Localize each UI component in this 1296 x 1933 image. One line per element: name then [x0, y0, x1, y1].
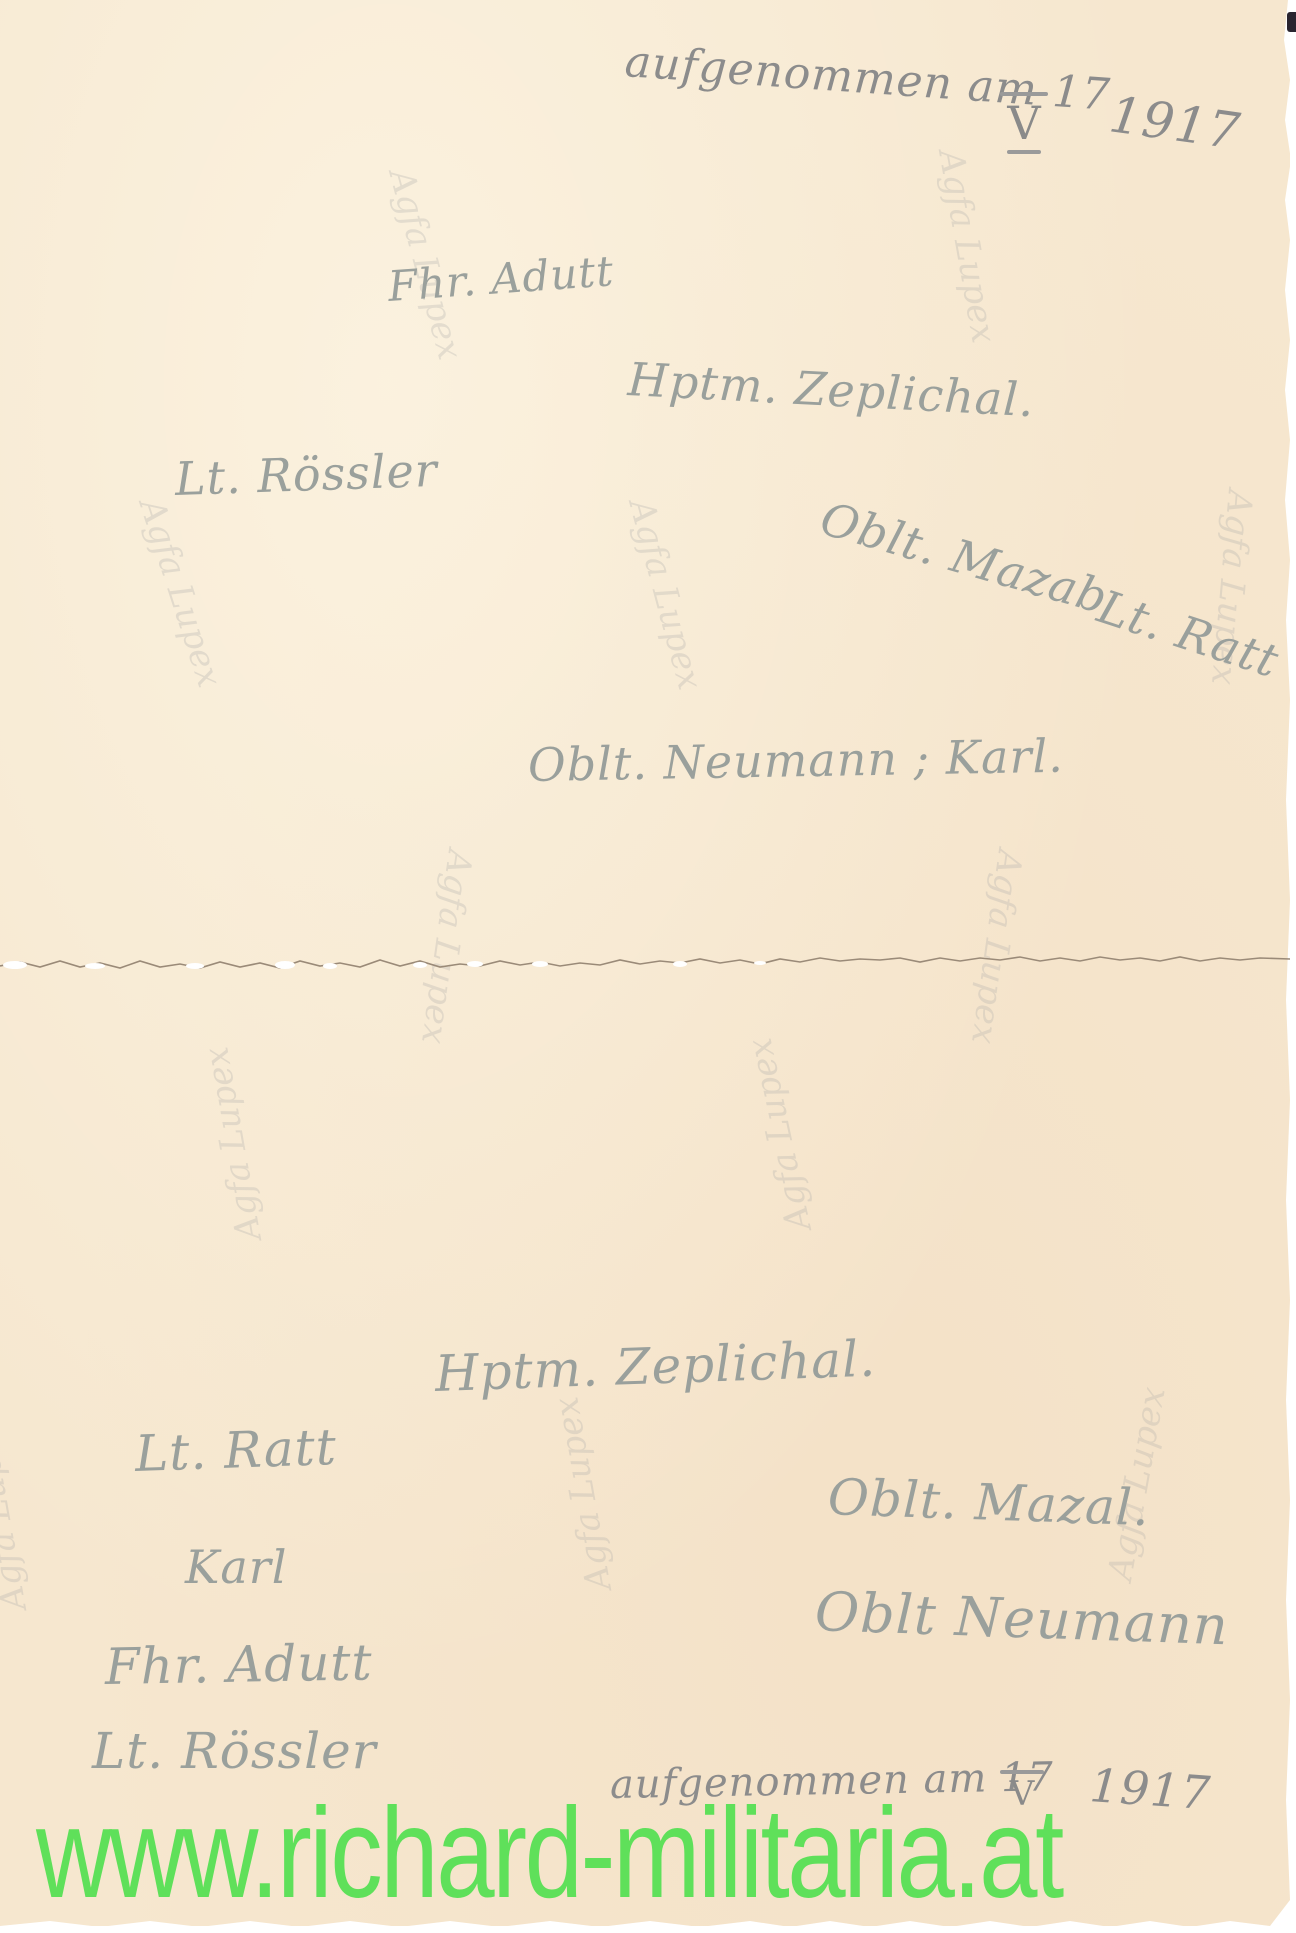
website-watermark: www.richard-militaria.at [36, 1790, 1062, 1918]
name-label: Lt. Rössler [174, 443, 438, 506]
name-label: Karl [185, 1540, 288, 1594]
name-label: Lt. Rössler [92, 1722, 377, 1780]
name-label: Oblt. Neumann ; Karl. [528, 729, 1065, 792]
corner-mark [1287, 12, 1296, 32]
fold-seam [0, 955, 1290, 971]
date-roman-month-top: V [1000, 92, 1048, 154]
month-underline [1007, 150, 1041, 154]
name-label: Fhr. Adutt [104, 1633, 373, 1696]
year-bottom: 1917 [1088, 1758, 1213, 1820]
name-label: Lt. Ratt [134, 1418, 338, 1483]
name-label: Oblt. Mazal. [827, 1468, 1151, 1537]
month-roman: V [1007, 96, 1040, 150]
